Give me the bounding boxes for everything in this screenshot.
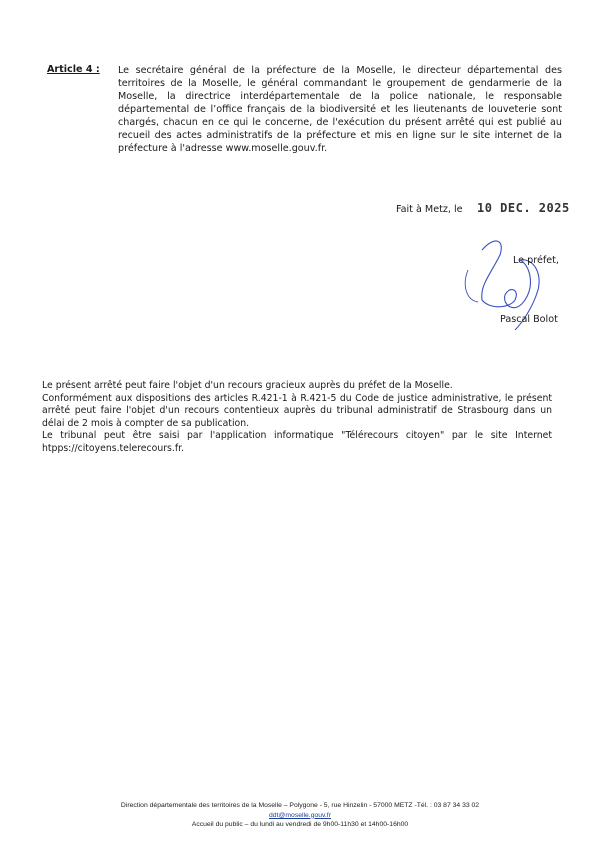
footer-email-link[interactable]: ddt@moselle.gouv.fr	[269, 812, 331, 819]
footer-address: Direction départementale des territoires…	[60, 801, 540, 811]
recours-notice: Le présent arrêté peut faire l'objet d'u…	[42, 380, 552, 455]
signer-name: Pascal Bolot	[500, 314, 558, 325]
recours-gracieux: Le présent arrêté peut faire l'objet d'u…	[42, 380, 552, 393]
footer: Direction départementale des territoires…	[60, 801, 540, 830]
recours-contentieux: Conformément aux dispositions des articl…	[42, 393, 552, 431]
signer-title: Le préfet,	[513, 255, 559, 266]
footer-hours: Accueil du public – du lundi au vendredi…	[60, 820, 540, 830]
article-body: Le secrétaire général de la préfecture d…	[118, 64, 562, 155]
place-and-date-label: Fait à Metz, le	[396, 204, 463, 215]
date-stamp: 10 DEC. 2025	[477, 201, 570, 215]
article-label: Article 4 :	[47, 64, 100, 75]
telerecours-notice: Le tribunal peut être saisi par l'applic…	[42, 430, 552, 455]
